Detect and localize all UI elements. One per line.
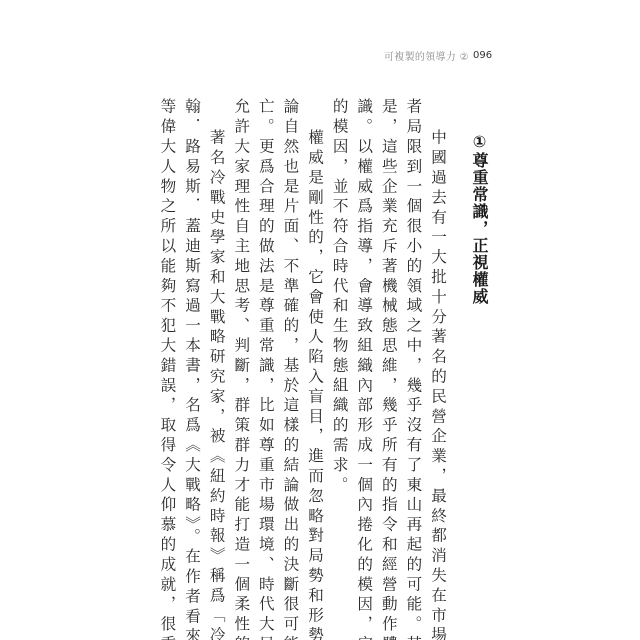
text-line: 中國過去有一大批十分著名的民營企業，最終都消失在市場的歷史長河中，或 bbox=[425, 98, 450, 580]
text-line: 的模因，並不符合時代和生物態組織的需求。 bbox=[327, 98, 352, 580]
text-line: 者局限到一個很小的領域之中，幾乎沒有了東山再起的可能。其中最直接的原因就 bbox=[401, 98, 426, 580]
text-line: 等偉大人物之所以能夠不犯大錯誤，取得令人仰慕的成就，很重要的一個原因就是 bbox=[155, 98, 180, 580]
paragraph-2: 權威是剛性的，它會使人陷入盲目，進而忽略對局勢和形勢的判斷，得出的結論自然也是片… bbox=[229, 98, 327, 580]
book-page: 可複製的領導力 ② 096 ①尊重常識，正視權威 中國過去有一大批十分著名的民營… bbox=[0, 0, 640, 640]
text-line: 是，這些企業充斥著機械態思維，幾乎所有的指令和經營動作體現的都是領導的意 bbox=[376, 98, 401, 580]
running-head: 可複製的領導力 ② 096 bbox=[384, 47, 469, 63]
page-number: 096 bbox=[473, 50, 492, 61]
text-line: 識。以權威爲指導，會導致組織內部形成一個內捲化的模因，它明顯是一個非良性 bbox=[352, 98, 377, 580]
text-line: 論自然也是片面、不準確的，基於這樣的結論做出的決斷很可能會帶領組織走向滅 bbox=[278, 98, 303, 580]
text-line: 著名冷戰史學家和大戰略研究家，被《紐約時報》稱爲「冷戰史學泰斗」的約 bbox=[204, 98, 229, 580]
text-line: 翰．路易斯．蓋迪斯寫過一本書，名爲《大戰略》。在作者看來，伊莉莎白、林肯 bbox=[179, 98, 204, 580]
section-heading: ①尊重常識，正視權威 bbox=[468, 132, 490, 305]
text-line: 允許大家理性自主地思考、判斷，群策群力才能打造一個柔性的生物態組織。 bbox=[229, 98, 254, 580]
text-line: 亡。更爲合理的做法是尊重常識，比如尊重市場環境、時代大局勢、基礎科學等， bbox=[253, 98, 278, 580]
paragraph-3: 著名冷戰史學家和大戰略研究家，被《紐約時報》稱爲「冷戰史學泰斗」的約翰．路易斯．… bbox=[155, 98, 229, 580]
text-line: 權威是剛性的，它會使人陷入盲目，進而忽略對局勢和形勢的判斷，得出的結 bbox=[302, 98, 327, 580]
book-title: 可複製的領導力 ② bbox=[384, 48, 469, 63]
body-text: 中國過去有一大批十分著名的民營企業，最終都消失在市場的歷史長河中，或者局限到一個… bbox=[155, 98, 450, 580]
paragraph-1: 中國過去有一大批十分著名的民營企業，最終都消失在市場的歷史長河中，或者局限到一個… bbox=[327, 98, 450, 580]
